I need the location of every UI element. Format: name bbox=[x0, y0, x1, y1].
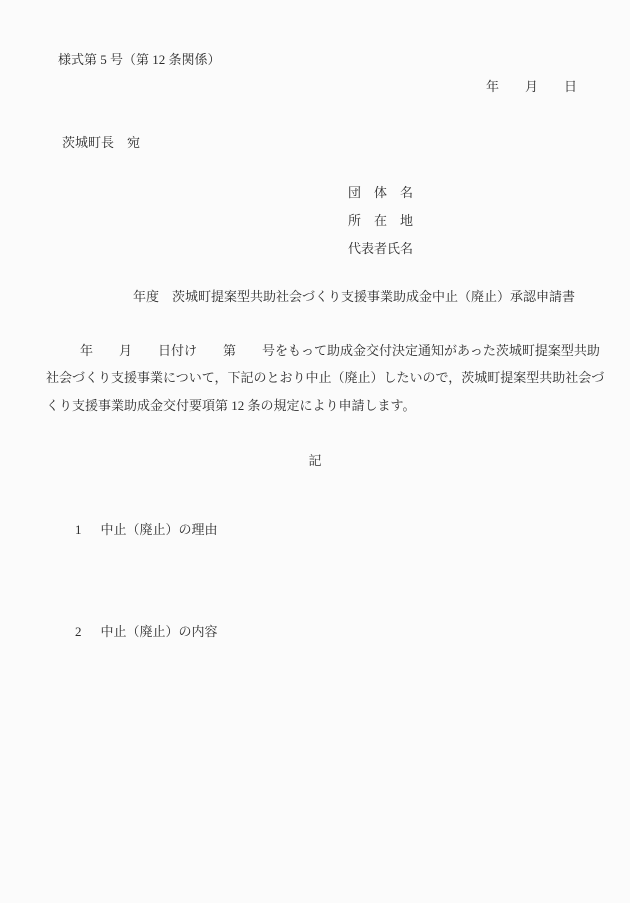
item-2-number: 2 bbox=[75, 624, 82, 639]
body-line-1: 年 月 日付け 第 号をもって助成金交付決定通知があった茨城町提案型共助 bbox=[80, 342, 600, 359]
document-page: 様式第 5 号（第 12 条関係） 年 月 日 茨城町長 宛 団 体 名 所 在… bbox=[0, 0, 630, 903]
item-1-number: 1 bbox=[75, 522, 82, 537]
applicant-organization-label: 団 体 名 bbox=[348, 184, 413, 201]
form-number: 様式第 5 号（第 12 条関係） bbox=[58, 51, 221, 68]
item-1: 1中止（廃止）の理由 bbox=[62, 504, 218, 555]
body-line-3: くり支援事業助成金交付要項第 12 条の規定により申請します。 bbox=[46, 397, 415, 414]
body-line-2: 社会づくり支援事業について，下記のとおり中止（廃止）したいので，茨城町提案型共助… bbox=[46, 369, 604, 386]
document-title: 年度 茨城町提案型共助社会づくり支援事業助成金中止（廃止）承認申請書 bbox=[133, 288, 575, 305]
item-2-label: 中止（廃止）の内容 bbox=[101, 624, 218, 639]
date-line: 年 月 日 bbox=[486, 78, 577, 95]
record-marker: 記 bbox=[0, 452, 630, 469]
applicant-representative-label: 代表者氏名 bbox=[348, 240, 413, 257]
item-1-label: 中止（廃止）の理由 bbox=[101, 522, 218, 537]
item-2: 2中止（廃止）の内容 bbox=[62, 606, 218, 657]
applicant-address-label: 所 在 地 bbox=[348, 212, 413, 229]
addressee: 茨城町長 宛 bbox=[62, 134, 140, 151]
